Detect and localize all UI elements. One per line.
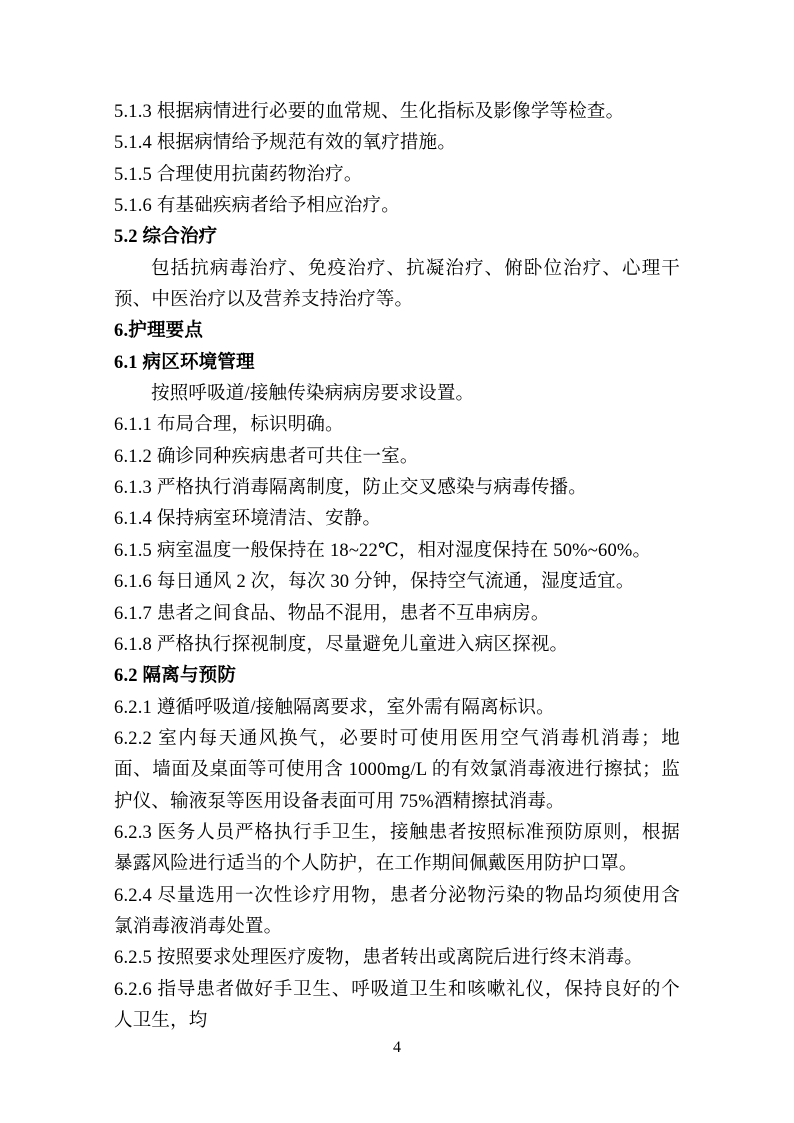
paragraph: 6.2.3 医务人员严格执行手卫生，接触患者按照标准预防原则，根据暴露风险进行适…: [114, 818, 680, 881]
paragraph: 6.1.1 布局合理，标识明确。: [114, 410, 680, 441]
paragraph: 按照呼吸道/接触传染病病房要求设置。: [114, 379, 680, 410]
paragraph: 6.2.1 遵循呼吸道/接触隔离要求，室外需有隔离标识。: [114, 693, 680, 724]
paragraph: 6.2.5 按照要求处理医疗废物，患者转出或离院后进行终末消毒。: [114, 943, 680, 974]
paragraph: 6.1.8 严格执行探视制度，尽量避免儿童进入病区探视。: [114, 630, 680, 661]
document-page: 5.1.3 根据病情进行必要的血常规、生化指标及影像学等检查。5.1.4 根据病…: [0, 0, 794, 1123]
paragraph: 6.1.7 患者之间食品、物品不混用，患者不互串病房。: [114, 599, 680, 630]
paragraph: 5.1.6 有基础疾病者给予相应治疗。: [114, 191, 680, 222]
section-heading: 6.2 隔离与预防: [114, 661, 680, 692]
page-number: 4: [0, 1038, 794, 1058]
section-heading: 6.1 病区环境管理: [114, 348, 680, 379]
section-heading: 6.护理要点: [114, 316, 680, 347]
document-body: 5.1.3 根据病情进行必要的血常规、生化指标及影像学等检查。5.1.4 根据病…: [114, 97, 680, 1037]
paragraph: 6.2.6 指导患者做好手卫生、呼吸道卫生和咳嗽礼仪，保持良好的个人卫生，均: [114, 975, 680, 1038]
paragraph: 6.1.4 保持病室环境清洁、安静。: [114, 504, 680, 535]
paragraph: 5.1.4 根据病情给予规范有效的氧疗措施。: [114, 128, 680, 159]
paragraph: 5.1.3 根据病情进行必要的血常规、生化指标及影像学等检查。: [114, 97, 680, 128]
paragraph: 6.2.2 室内每天通风换气，必要时可使用医用空气消毒机消毒；地面、墙面及桌面等…: [114, 724, 680, 818]
paragraph: 6.1.3 严格执行消毒隔离制度，防止交叉感染与病毒传播。: [114, 473, 680, 504]
paragraph: 6.1.6 每日通风 2 次，每次 30 分钟，保持空气流通，湿度适宜。: [114, 567, 680, 598]
paragraph: 包括抗病毒治疗、免疫治疗、抗凝治疗、俯卧位治疗、心理干预、中医治疗以及营养支持治…: [114, 254, 680, 317]
paragraph: 6.1.2 确诊同种疾病患者可共住一室。: [114, 442, 680, 473]
section-heading: 5.2 综合治疗: [114, 222, 680, 253]
paragraph: 6.1.5 病室温度一般保持在 18~22℃，相对湿度保持在 50%~60%。: [114, 536, 680, 567]
paragraph: 5.1.5 合理使用抗菌药物治疗。: [114, 160, 680, 191]
paragraph: 6.2.4 尽量选用一次性诊疗用物，患者分泌物污染的物品均须使用含氯消毒液消毒处…: [114, 881, 680, 944]
